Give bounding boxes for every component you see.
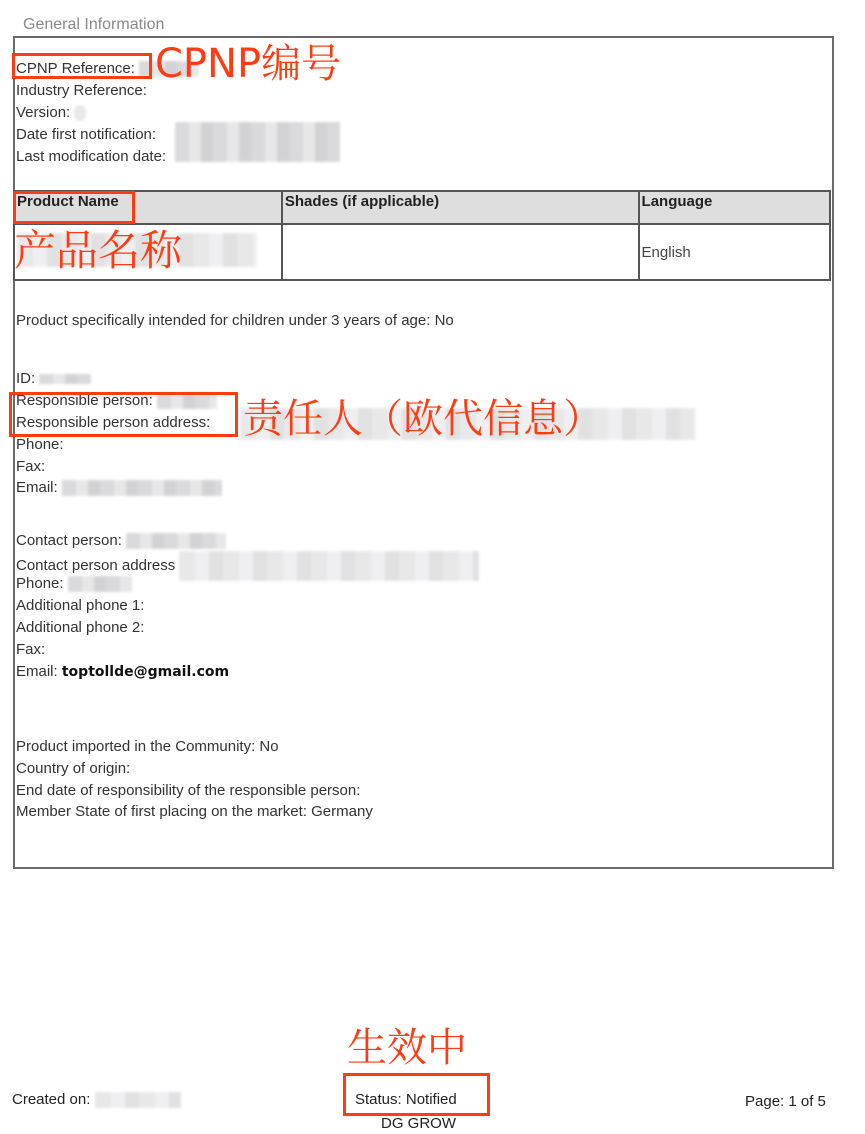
- status-text: Status: Notified: [355, 1091, 457, 1108]
- version-row: Version:: [16, 102, 86, 124]
- header-language: Language: [639, 191, 830, 224]
- product-table-header-row: Product Name Shades (if applicable) Lang…: [14, 191, 830, 224]
- responsible-person-annotation: 责任人（欧代信息）: [243, 395, 603, 443]
- version-label: Version:: [16, 104, 70, 121]
- in-effect-annotation: 生效中: [347, 1024, 467, 1072]
- responsible-id-redacted: [39, 374, 91, 384]
- created-on-label: Created on:: [12, 1091, 90, 1108]
- industry-reference-row: Industry Reference:: [16, 80, 147, 102]
- contact-person-label: Contact person:: [16, 532, 122, 549]
- contact-email-row: Email: toptollde@gmail.com: [16, 661, 229, 683]
- date-first-notification-row: Date first notification:: [16, 124, 156, 146]
- additional-phone-1-label: Additional phone 1:: [16, 597, 144, 614]
- contact-email-value: toptollde@gmail.com: [62, 664, 229, 680]
- created-on: Created on:: [12, 1091, 181, 1108]
- responsible-id-label: ID:: [16, 370, 35, 387]
- product-name-annotation: 产品名称: [14, 226, 182, 276]
- industry-reference-label: Industry Reference:: [16, 82, 147, 99]
- end-date-responsibility: End date of responsibility of the respon…: [16, 780, 360, 802]
- section-title: General Information: [23, 16, 164, 34]
- contact-address-redacted: [179, 551, 479, 581]
- contact-fax-row: Fax:: [16, 639, 45, 661]
- additional-phone-2-row: Additional phone 2:: [16, 617, 144, 639]
- children-under-3: Product specifically intended for childr…: [16, 310, 454, 332]
- additional-phone-2-label: Additional phone 2:: [16, 619, 144, 636]
- version-redacted: [74, 105, 86, 121]
- contact-phone-label: Phone:: [16, 575, 64, 592]
- country-of-origin: Country of origin:: [16, 758, 130, 780]
- contact-email-label: Email:: [16, 663, 58, 680]
- organisation-text: DG GROW: [381, 1115, 456, 1132]
- contact-person-redacted: [126, 533, 226, 549]
- contact-fax-label: Fax:: [16, 641, 45, 658]
- product-imported: Product imported in the Community: No: [16, 736, 279, 758]
- contact-person-row: Contact person:: [16, 530, 226, 552]
- last-modification-date-row: Last modification date:: [16, 146, 166, 168]
- header-shades: Shades (if applicable): [282, 191, 639, 224]
- responsible-fax-label: Fax:: [16, 458, 45, 475]
- dates-redacted: [175, 122, 340, 162]
- responsible-id-row: ID:: [16, 368, 91, 390]
- responsible-email-row: Email:: [16, 477, 222, 499]
- additional-phone-1-row: Additional phone 1:: [16, 595, 144, 617]
- member-state-first-placing: Member State of first placing on the mar…: [16, 801, 373, 823]
- cell-shades: [282, 224, 639, 280]
- cell-language: English: [639, 224, 830, 280]
- product-name-highlight: [13, 191, 135, 224]
- responsible-email-redacted: [62, 480, 222, 496]
- created-on-redacted: [95, 1092, 181, 1108]
- contact-address-label: Contact person address: [16, 557, 175, 574]
- responsible-fax-row: Fax:: [16, 456, 45, 478]
- responsible-email-label: Email:: [16, 479, 58, 496]
- responsible-person-highlight: [9, 392, 238, 437]
- last-modification-date-label: Last modification date:: [16, 148, 166, 165]
- cpnp-reference-highlight: [12, 53, 152, 79]
- responsible-phone-row: Phone:: [16, 434, 64, 456]
- page-number: Page: 1 of 5: [745, 1093, 826, 1110]
- contact-phone-redacted: [68, 576, 132, 592]
- responsible-phone-label: Phone:: [16, 436, 64, 453]
- cpnp-number-annotation: CPNP编号: [155, 40, 341, 88]
- date-first-notification-label: Date first notification:: [16, 126, 156, 143]
- contact-phone-row: Phone:: [16, 573, 132, 595]
